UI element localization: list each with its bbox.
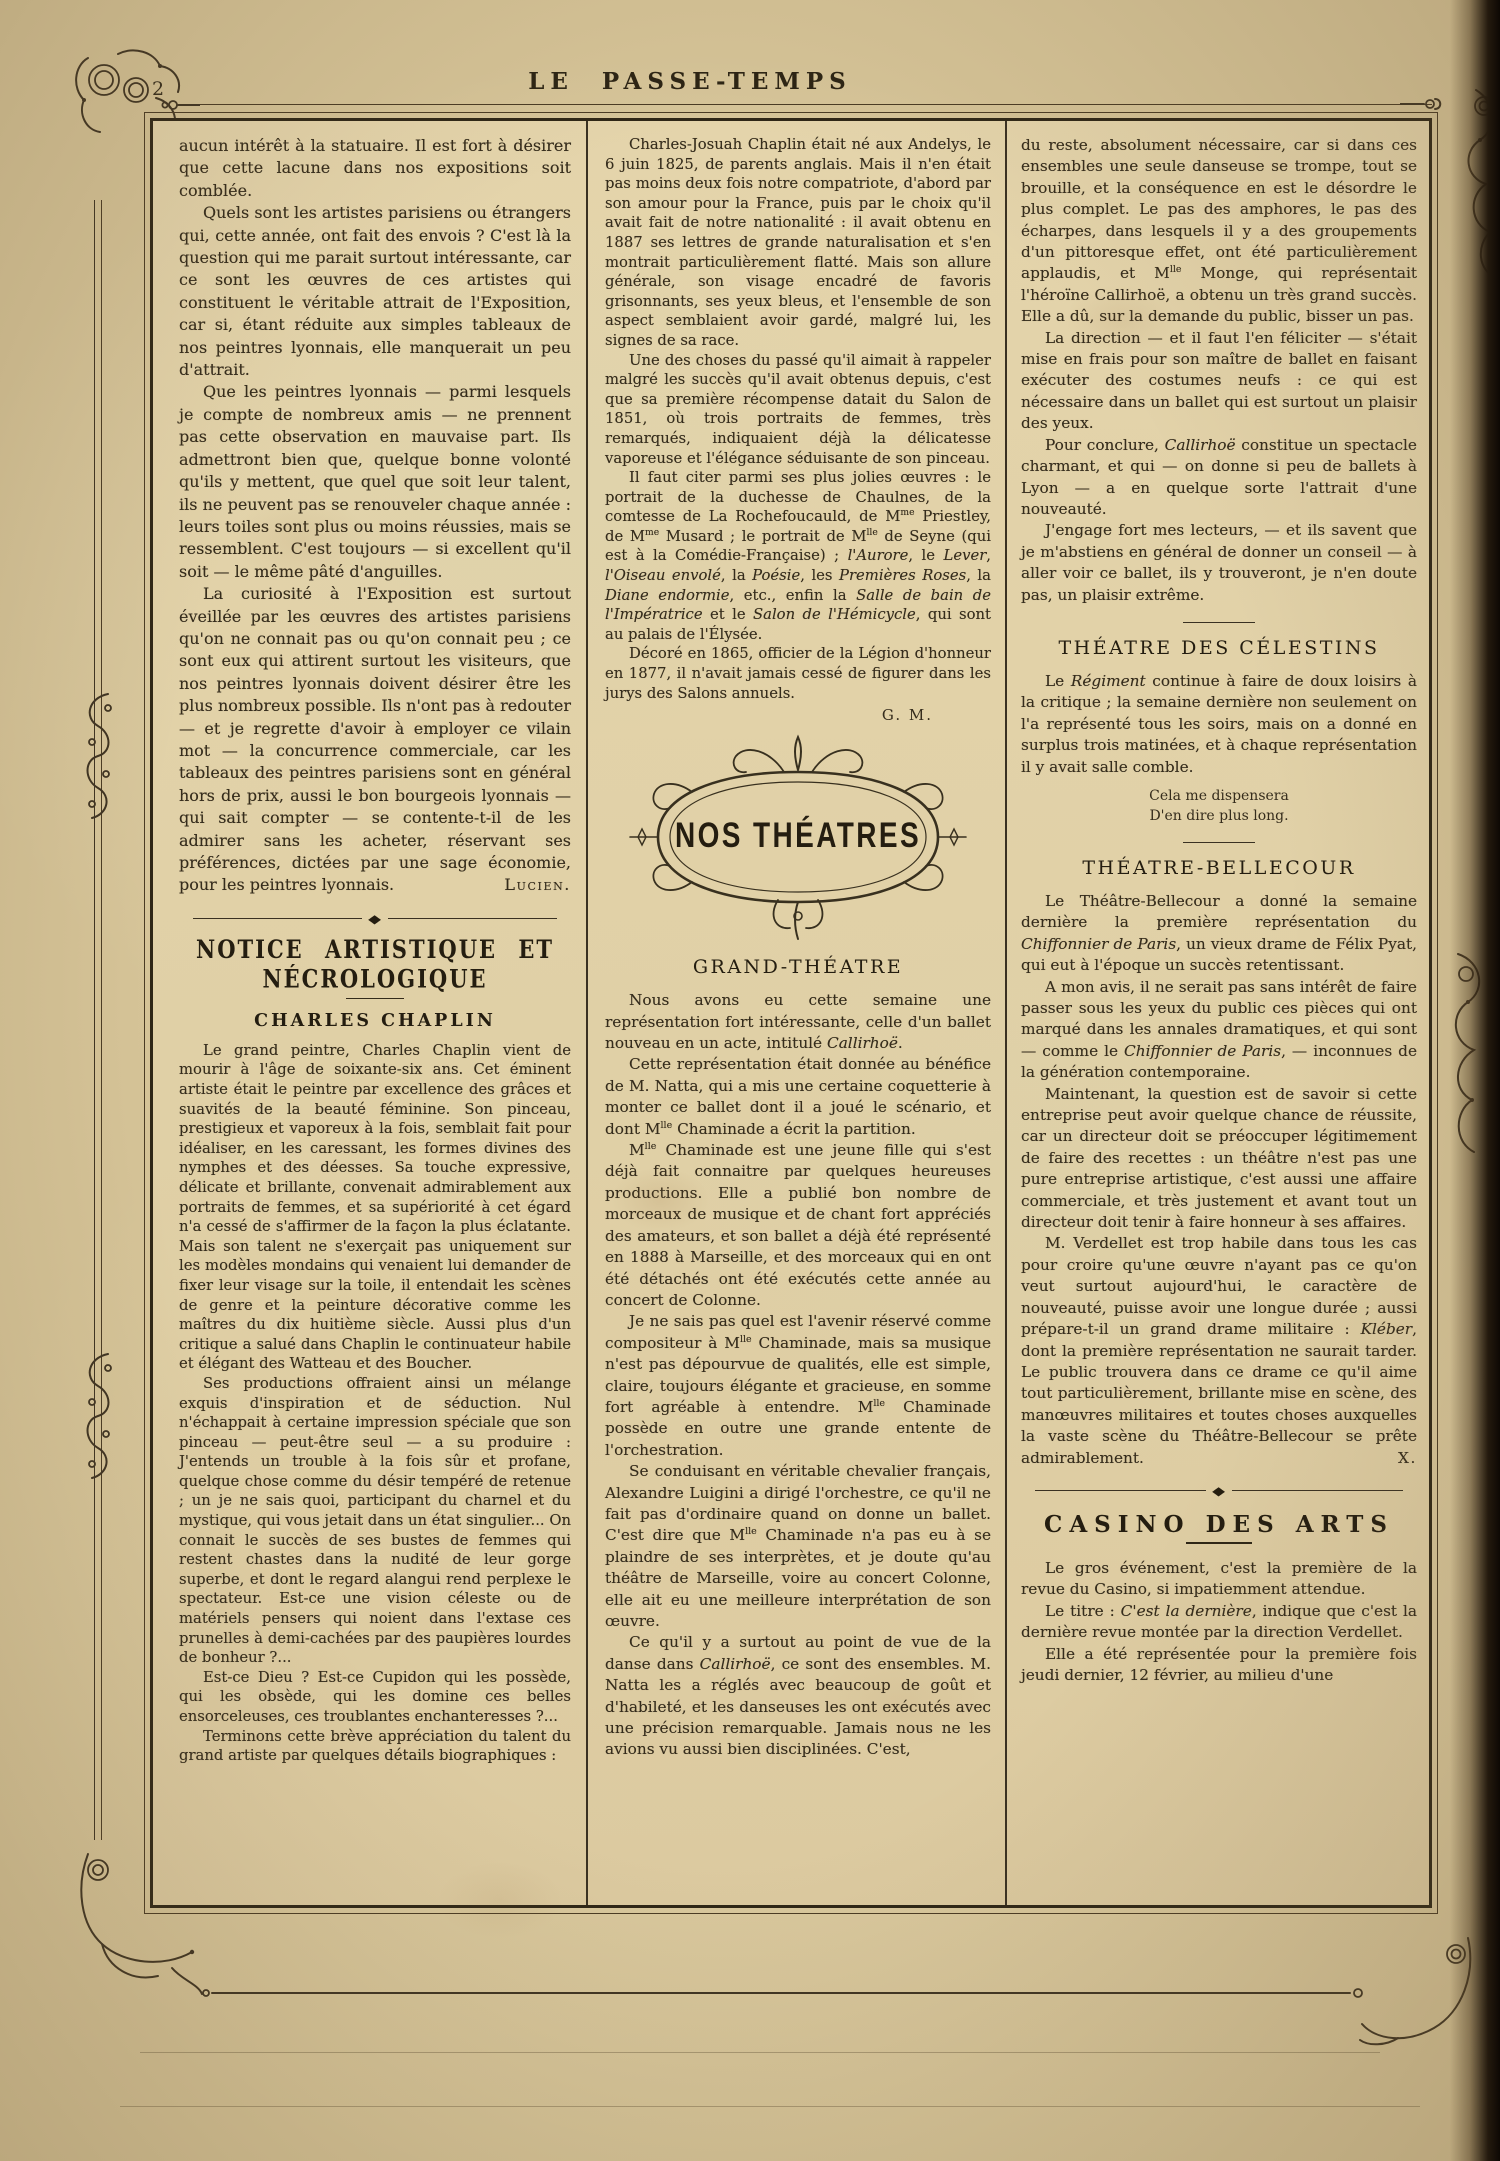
section-heading-wrap: NOTICE ARTISTIQUE ET NÉCROLOGIQUE	[179, 939, 571, 999]
paragraph: La direction — et il faut l'en féliciter…	[1021, 328, 1417, 435]
theatre-heading: THÉATRE DES CÉLESTINS	[1021, 637, 1417, 659]
paragraph: Décoré en 1865, officier de la Légion d'…	[605, 644, 991, 703]
divider-line	[1232, 1490, 1403, 1491]
content-frame: aucun intérêt à la statuaire. Il est for…	[150, 118, 1432, 1908]
paragraph: Le gros événement, c'est la première de …	[1021, 1558, 1417, 1601]
diamond-divider: ◆	[193, 913, 557, 925]
paragraph: Le Régiment continue à faire de doux loi…	[1021, 671, 1417, 778]
page-edge-shadow	[1450, 0, 1500, 2161]
paragraph: Nous avons eu cette semaine une représen…	[605, 990, 991, 1054]
paragraph: M. Verdellet est trop habile dans tous l…	[1021, 1233, 1417, 1468]
section-rule	[1183, 842, 1255, 843]
theatre-heading: GRAND-THÉATRE	[605, 956, 991, 978]
column-1: aucun intérêt à la statuaire. Il est for…	[179, 135, 571, 1766]
paragraph: Que les peintres lyonnais — parmi lesque…	[179, 381, 571, 583]
theatre-heading: THÉATRE-BELLECOUR	[1021, 857, 1417, 879]
column-2: Charles-Josuah Chaplin était né aux Ande…	[605, 135, 991, 1761]
verse: Cela me dispenseraD'en dire plus long.	[1021, 786, 1417, 826]
column-3: du reste, absolument nécessaire, car si …	[1021, 135, 1417, 1686]
paragraph: J'engage fort mes lecteurs, — et ils sav…	[1021, 520, 1417, 606]
paragraph: aucun intérêt à la statuaire. Il est for…	[179, 135, 571, 202]
heading-rule	[1186, 1542, 1252, 1544]
left-margin-flourish-lower-icon	[76, 1350, 122, 1482]
scan-artifact-line	[120, 2106, 1420, 2107]
paragraph: Une des choses du passé qu'il aimait à r…	[605, 351, 991, 469]
paragraph: Terminons cette brève appréciation du ta…	[179, 1727, 571, 1766]
diamond-icon: ◆	[369, 913, 382, 925]
header-rule-left-end-icon	[160, 98, 200, 112]
nos-theatres-cartouche: NOS THÉATRES	[628, 734, 968, 942]
paragraph: Le grand peintre, Charles Chaplin vient …	[179, 1041, 571, 1374]
paragraph: Maintenant, la question est de savoir si…	[1021, 1084, 1417, 1234]
paragraph: Le titre : C'est la dernière, indique qu…	[1021, 1601, 1417, 1644]
diamond-divider: ◆	[1035, 1485, 1403, 1497]
bottom-rule	[200, 1986, 1380, 2000]
paragraph: Se conduisant en véritable chevalier fra…	[605, 1461, 991, 1632]
heading-rule	[346, 998, 404, 999]
divider-line	[193, 918, 362, 919]
paragraph: A mon avis, il ne serait pas sans intérê…	[1021, 977, 1417, 1084]
paragraph: Charles-Josuah Chaplin était né aux Ande…	[605, 135, 991, 351]
paragraph: Est-ce Dieu ? Est-ce Cupidon qui les pos…	[179, 1668, 571, 1727]
left-margin-flourish-upper-icon	[76, 690, 122, 822]
newspaper-page: { "header": { "page_number": "2", "title…	[0, 0, 1500, 2161]
paragraph: Elle a été représentée pour la première …	[1021, 1644, 1417, 1687]
header-rule	[180, 104, 1432, 105]
page-title: LE PASSE-TEMPS	[0, 68, 1380, 95]
casino-heading-wrap: CASINO DES ARTS	[1021, 1511, 1417, 1544]
paragraph: Mlle Chaminade est une jeune fille qui s…	[605, 1140, 991, 1311]
article-heading: CHARLES CHAPLIN	[179, 1011, 571, 1031]
signature: Lucien.	[480, 874, 571, 896]
section-heading: NOTICE ARTISTIQUE ET NÉCROLOGIQUE	[179, 934, 571, 993]
paragraph: Pour conclure, Callirhoë constitue un sp…	[1021, 435, 1417, 521]
paragraph: Ses productions offraient ainsi un mélan…	[179, 1374, 571, 1668]
diamond-icon: ◆	[1213, 1485, 1226, 1497]
paragraph: Il faut citer parmi ses plus jolies œuvr…	[605, 468, 991, 644]
paragraph: du reste, absolument nécessaire, car si …	[1021, 135, 1417, 328]
cartouche-title: NOS THÉATRES	[662, 816, 934, 856]
scan-artifact-line	[140, 2052, 1380, 2053]
divider-line	[1035, 1490, 1206, 1491]
paragraph: Quels sont les artistes parisiens ou étr…	[179, 202, 571, 381]
signature: X.	[1374, 1448, 1417, 1469]
signature: G. M.	[605, 706, 991, 724]
paragraph: La curiosité à l'Exposition est surtout …	[179, 583, 571, 897]
left-margin-rail	[94, 200, 102, 1840]
paragraph: Je ne sais pas quel est l'avenir réservé…	[605, 1311, 991, 1461]
divider-line	[388, 918, 557, 919]
casino-heading: CASINO DES ARTS	[1021, 1511, 1417, 1538]
column-rule-1	[586, 121, 588, 1905]
paragraph: Le Théâtre-Bellecour a donné la semaine …	[1021, 891, 1417, 977]
paragraph: Ce qu'il y a surtout au point de vue de …	[605, 1632, 991, 1760]
paragraph: Cette représentation était donnée au bén…	[605, 1054, 991, 1140]
verse-line: D'en dire plus long.	[1021, 806, 1417, 826]
column-rule-2	[1005, 121, 1007, 1905]
verse-line: Cela me dispensera	[1021, 786, 1417, 806]
section-rule	[1183, 622, 1255, 623]
